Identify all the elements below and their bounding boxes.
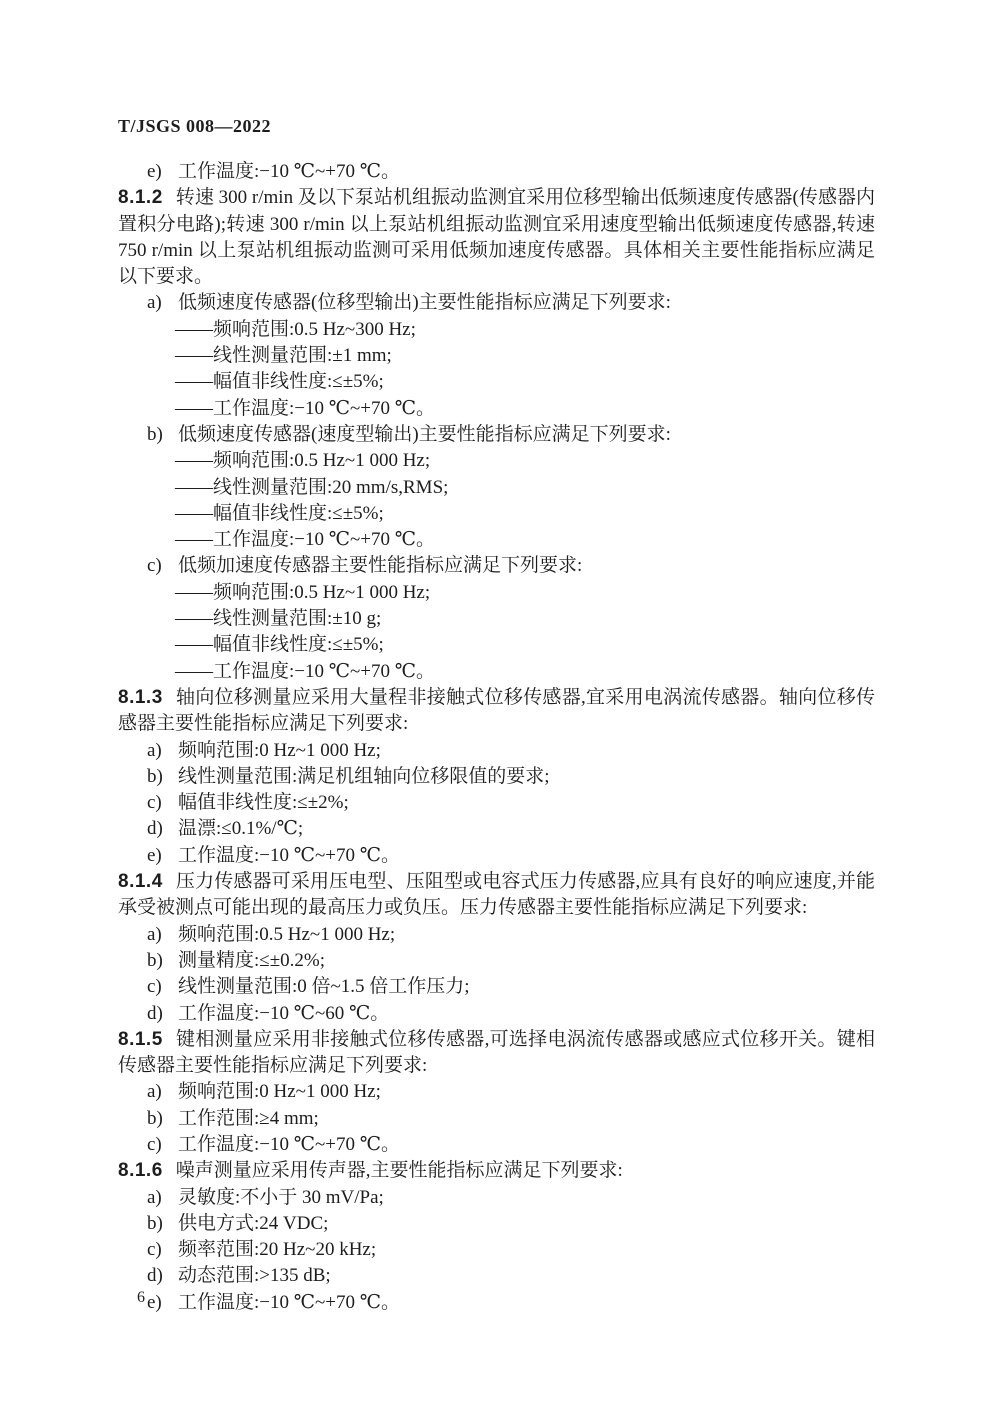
dash-item: ——幅值非线性度:≤±5%; — [118, 501, 875, 527]
list-item-text: 幅值非线性度:≤±2%; — [178, 790, 875, 816]
dash-item: ——频响范围:0.5 Hz~1 000 Hz; — [118, 580, 875, 606]
dash-item: ——幅值非线性度:≤±5%; — [118, 369, 875, 395]
clause-paragraph: 8.1.3轴向位移测量应采用大量程非接触式位移传感器,宜采用电涡流传感器。轴向位… — [118, 685, 875, 738]
dash-item-text: ——频响范围:0.5 Hz~1 000 Hz; — [175, 450, 430, 471]
dash-item-text: ——幅值非线性度:≤±5%; — [175, 634, 384, 655]
dash-item: ——幅值非线性度:≤±5%; — [118, 632, 875, 658]
list-item-text: 线性测量范围:0 倍~1.5 倍工作压力; — [178, 974, 875, 1000]
list-item-text: 低频速度传感器(位移型输出)主要性能指标应满足下列要求: — [178, 290, 875, 316]
list-item-letter: b) — [147, 764, 178, 790]
dash-item-text: ——频响范围:0.5 Hz~1 000 Hz; — [175, 582, 430, 603]
dash-item-text: ——线性测量范围:±10 g; — [175, 608, 381, 629]
list-item: c)低频加速度传感器主要性能指标应满足下列要求: — [118, 553, 875, 579]
list-item-text: 工作温度:−10 ℃~+70 ℃。 — [178, 1132, 875, 1158]
dash-item-text: ——幅值非线性度:≤±5%; — [175, 371, 384, 392]
list-item: b)测量精度:≤±0.2%; — [118, 948, 875, 974]
dash-item: ——工作温度:−10 ℃~+70 ℃。 — [118, 527, 875, 553]
clause-text: 压力传感器可采用压电型、压阻型或电容式压力传感器,应具有良好的响应速度,并能承受… — [118, 871, 875, 918]
list-item-letter: e) — [147, 1290, 178, 1316]
list-item-text: 工作范围:≥4 mm; — [178, 1106, 875, 1132]
list-item-letter: d) — [147, 816, 178, 842]
list-item: a)频响范围:0.5 Hz~1 000 Hz; — [118, 922, 875, 948]
list-item-letter: d) — [147, 1001, 178, 1027]
list-item-text: 温漂:≤0.1%/℃; — [178, 816, 875, 842]
dash-item-text: ——线性测量范围:±1 mm; — [175, 345, 392, 366]
clause-number: 8.1.6 — [118, 1160, 163, 1181]
list-item-text: 测量精度:≤±0.2%; — [178, 948, 875, 974]
dash-item: ——频响范围:0.5 Hz~1 000 Hz; — [118, 448, 875, 474]
dash-item-text: ——工作温度:−10 ℃~+70 ℃。 — [175, 398, 435, 419]
list-item-letter: a) — [147, 290, 178, 316]
list-item-letter: a) — [147, 1079, 178, 1105]
list-item: c)频率范围:20 Hz~20 kHz; — [118, 1237, 875, 1263]
list-item-letter: b) — [147, 422, 178, 448]
clause-text: 轴向位移测量应采用大量程非接触式位移传感器,宜采用电涡流传感器。轴向位移传感器主… — [118, 687, 875, 734]
list-item-text: 频响范围:0.5 Hz~1 000 Hz; — [178, 922, 875, 948]
list-item-text: 供电方式:24 VDC; — [178, 1211, 875, 1237]
list-item-text: 线性测量范围:满足机组轴向位移限值的要求; — [178, 764, 875, 790]
list-item-text: 工作温度:−10 ℃~60 ℃。 — [178, 1001, 875, 1027]
clause-number: 8.1.3 — [118, 687, 163, 708]
list-item: e)工作温度:−10 ℃~+70 ℃。 — [118, 843, 875, 869]
clause-number: 8.1.4 — [118, 871, 163, 892]
list-item: a)灵敏度:不小于 30 mV/Pa; — [118, 1185, 875, 1211]
list-item: a)频响范围:0 Hz~1 000 Hz; — [118, 738, 875, 764]
dash-item: ——工作温度:−10 ℃~+70 ℃。 — [118, 659, 875, 685]
list-item: e)工作温度:−10 ℃~+70 ℃。 — [118, 159, 875, 185]
list-item-letter: c) — [147, 974, 178, 1000]
list-item: b)工作范围:≥4 mm; — [118, 1106, 875, 1132]
list-item-text: 工作温度:−10 ℃~+70 ℃。 — [178, 1290, 875, 1316]
list-item: e)工作温度:−10 ℃~+70 ℃。 — [118, 1290, 875, 1316]
dash-item: ——线性测量范围:20 mm/s,RMS; — [118, 475, 875, 501]
list-item-letter: b) — [147, 948, 178, 974]
list-item-text: 低频速度传感器(速度型输出)主要性能指标应满足下列要求: — [178, 422, 875, 448]
list-item-text: 灵敏度:不小于 30 mV/Pa; — [178, 1185, 875, 1211]
list-item-letter: b) — [147, 1211, 178, 1237]
list-item: a)低频速度传感器(位移型输出)主要性能指标应满足下列要求: — [118, 290, 875, 316]
dash-item: ——工作温度:−10 ℃~+70 ℃。 — [118, 396, 875, 422]
list-item-letter: c) — [147, 553, 178, 579]
standard-number-header: T/JSGS 008—2022 — [118, 116, 271, 137]
dash-item: ——频响范围:0.5 Hz~300 Hz; — [118, 317, 875, 343]
list-item-letter: e) — [147, 159, 178, 185]
list-item: c)工作温度:−10 ℃~+70 ℃。 — [118, 1132, 875, 1158]
list-item: d)工作温度:−10 ℃~60 ℃。 — [118, 1001, 875, 1027]
list-item-letter: a) — [147, 922, 178, 948]
list-item: c)幅值非线性度:≤±2%; — [118, 790, 875, 816]
list-item-letter: a) — [147, 738, 178, 764]
list-item: c)线性测量范围:0 倍~1.5 倍工作压力; — [118, 974, 875, 1000]
dash-item: ——线性测量范围:±1 mm; — [118, 343, 875, 369]
clause-paragraph: 8.1.4压力传感器可采用压电型、压阻型或电容式压力传感器,应具有良好的响应速度… — [118, 869, 875, 922]
dash-item-text: ——线性测量范围:20 mm/s,RMS; — [175, 477, 448, 498]
list-item-text: 工作温度:−10 ℃~+70 ℃。 — [178, 843, 875, 869]
list-item-letter: a) — [147, 1185, 178, 1211]
list-item: b)线性测量范围:满足机组轴向位移限值的要求; — [118, 764, 875, 790]
clause-number: 8.1.2 — [118, 187, 163, 208]
list-item: d)温漂:≤0.1%/℃; — [118, 816, 875, 842]
list-item: d)动态范围:>135 dB; — [118, 1263, 875, 1289]
clause-text: 键相测量应采用非接触式位移传感器,可选择电涡流传感器或感应式位移开关。键相传感器… — [118, 1029, 875, 1076]
list-item: b)低频速度传感器(速度型输出)主要性能指标应满足下列要求: — [118, 422, 875, 448]
list-item: a)频响范围:0 Hz~1 000 Hz; — [118, 1079, 875, 1105]
clause-paragraph: 8.1.6噪声测量应采用传声器,主要性能指标应满足下列要求: — [118, 1158, 875, 1184]
dash-item-text: ——工作温度:−10 ℃~+70 ℃。 — [175, 529, 435, 550]
list-item-text: 频率范围:20 Hz~20 kHz; — [178, 1237, 875, 1263]
dash-item-text: ——幅值非线性度:≤±5%; — [175, 503, 384, 524]
list-item-text: 频响范围:0 Hz~1 000 Hz; — [178, 1079, 875, 1105]
list-item-letter: c) — [147, 790, 178, 816]
dash-item-text: ——工作温度:−10 ℃~+70 ℃。 — [175, 661, 435, 682]
dash-item: ——线性测量范围:±10 g; — [118, 606, 875, 632]
list-item-text: 频响范围:0 Hz~1 000 Hz; — [178, 738, 875, 764]
document-page: T/JSGS 008—2022 e)工作温度:−10 ℃~+70 ℃。8.1.2… — [0, 0, 992, 1403]
list-item-letter: c) — [147, 1237, 178, 1263]
list-item-letter: c) — [147, 1132, 178, 1158]
page-number: 6 — [137, 1289, 145, 1307]
dash-item-text: ——频响范围:0.5 Hz~300 Hz; — [175, 319, 416, 340]
list-item-text: 动态范围:>135 dB; — [178, 1263, 875, 1289]
clause-paragraph: 8.1.5键相测量应采用非接触式位移传感器,可选择电涡流传感器或感应式位移开关。… — [118, 1027, 875, 1080]
list-item-text: 工作温度:−10 ℃~+70 ℃。 — [178, 159, 875, 185]
clause-paragraph: 8.1.2转速 300 r/min 及以下泵站机组振动监测宜采用位移型输出低频速… — [118, 185, 875, 290]
clause-text: 噪声测量应采用传声器,主要性能指标应满足下列要求: — [176, 1160, 623, 1181]
list-item-letter: e) — [147, 843, 178, 869]
document-body: e)工作温度:−10 ℃~+70 ℃。8.1.2转速 300 r/min 及以下… — [118, 159, 875, 1316]
clause-number: 8.1.5 — [118, 1029, 163, 1050]
list-item-letter: b) — [147, 1106, 178, 1132]
list-item: b)供电方式:24 VDC; — [118, 1211, 875, 1237]
clause-text: 转速 300 r/min 及以下泵站机组振动监测宜采用位移型输出低频速度传感器(… — [118, 187, 875, 287]
list-item-letter: d) — [147, 1263, 178, 1289]
list-item-text: 低频加速度传感器主要性能指标应满足下列要求: — [178, 553, 875, 579]
